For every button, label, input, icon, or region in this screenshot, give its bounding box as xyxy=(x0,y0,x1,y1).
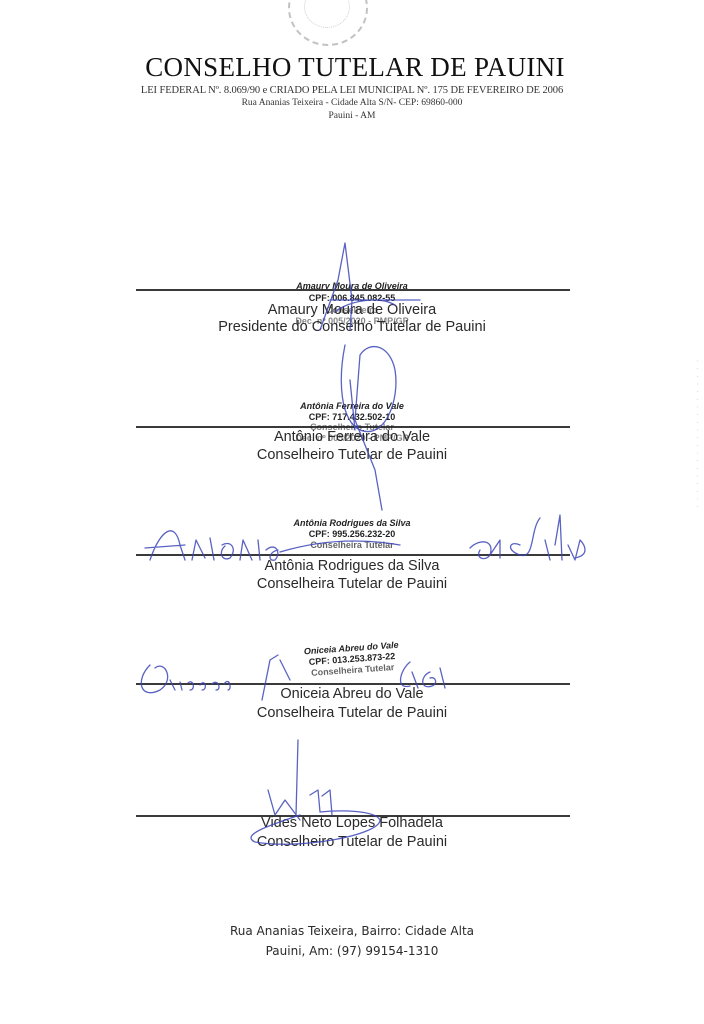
stamp-role: Conselheira Tutelar xyxy=(0,540,704,551)
stamp-role: Conselheiro xyxy=(0,305,704,316)
signature-line xyxy=(136,554,570,556)
header-address: Rua Ananias Teixeira - Cidade Alta S/N- … xyxy=(0,97,704,110)
organization-title: CONSELHO TUTELAR DE PAUINI xyxy=(6,52,704,82)
footer-street: Rua Ananias Teixeira, Bairro: Cidade Alt… xyxy=(0,921,704,941)
signatory-title: Conselheira Tutelar de Pauini xyxy=(0,575,704,593)
stamp-name: Antônia Rodrigues da Silva xyxy=(0,518,704,529)
signatory-title: Presidente do Conselho Tutelar de Pauini xyxy=(0,318,704,336)
signatory-name: Vides Neto Lopes Folhadela xyxy=(0,814,704,832)
seal-emblem xyxy=(288,0,368,46)
footer-address: Rua Ananias Teixeira, Bairro: Cidade Alt… xyxy=(0,921,704,961)
stamp-name: Antônia Ferreira do Vale xyxy=(0,401,704,412)
signatory-title: Conselheiro Tutelar de Pauini xyxy=(0,446,704,464)
stamp: Antônia Rodrigues da Silva CPF: 995.256.… xyxy=(0,518,704,551)
handwritten-signatures xyxy=(0,0,704,1024)
stamp-cpf: CPF: 995.256.232-20 xyxy=(0,529,704,540)
letterhead: CONSELHO TUTELAR DE PAUINI LEI FEDERAL N… xyxy=(0,52,704,123)
law-reference: LEI FEDERAL Nº. 8.069/90 e CRIADO PELA L… xyxy=(0,84,704,97)
signatory-name: Antônio Ferreira do Vale xyxy=(0,428,704,446)
signatory-name: Antônia Rodrigues da Silva xyxy=(0,557,704,575)
signatory-name: Oniceia Abreu do Vale xyxy=(0,685,704,703)
signature-line xyxy=(136,289,570,291)
digital-signature-margin-stamp: · · · · · · · · · · · · · · · · · · · · xyxy=(694,360,700,740)
signatory-title: Conselheira Tutelar de Pauini xyxy=(0,704,704,722)
stamp: Antônia Ferreira do Vale CPF: 717.432.50… xyxy=(0,401,704,423)
footer-city-phone: Pauini, Am: (97) 99154-1310 xyxy=(0,941,704,961)
header-city: Pauini - AM xyxy=(0,110,704,123)
signatory-title: Conselheiro Tutelar de Pauini xyxy=(0,833,704,851)
